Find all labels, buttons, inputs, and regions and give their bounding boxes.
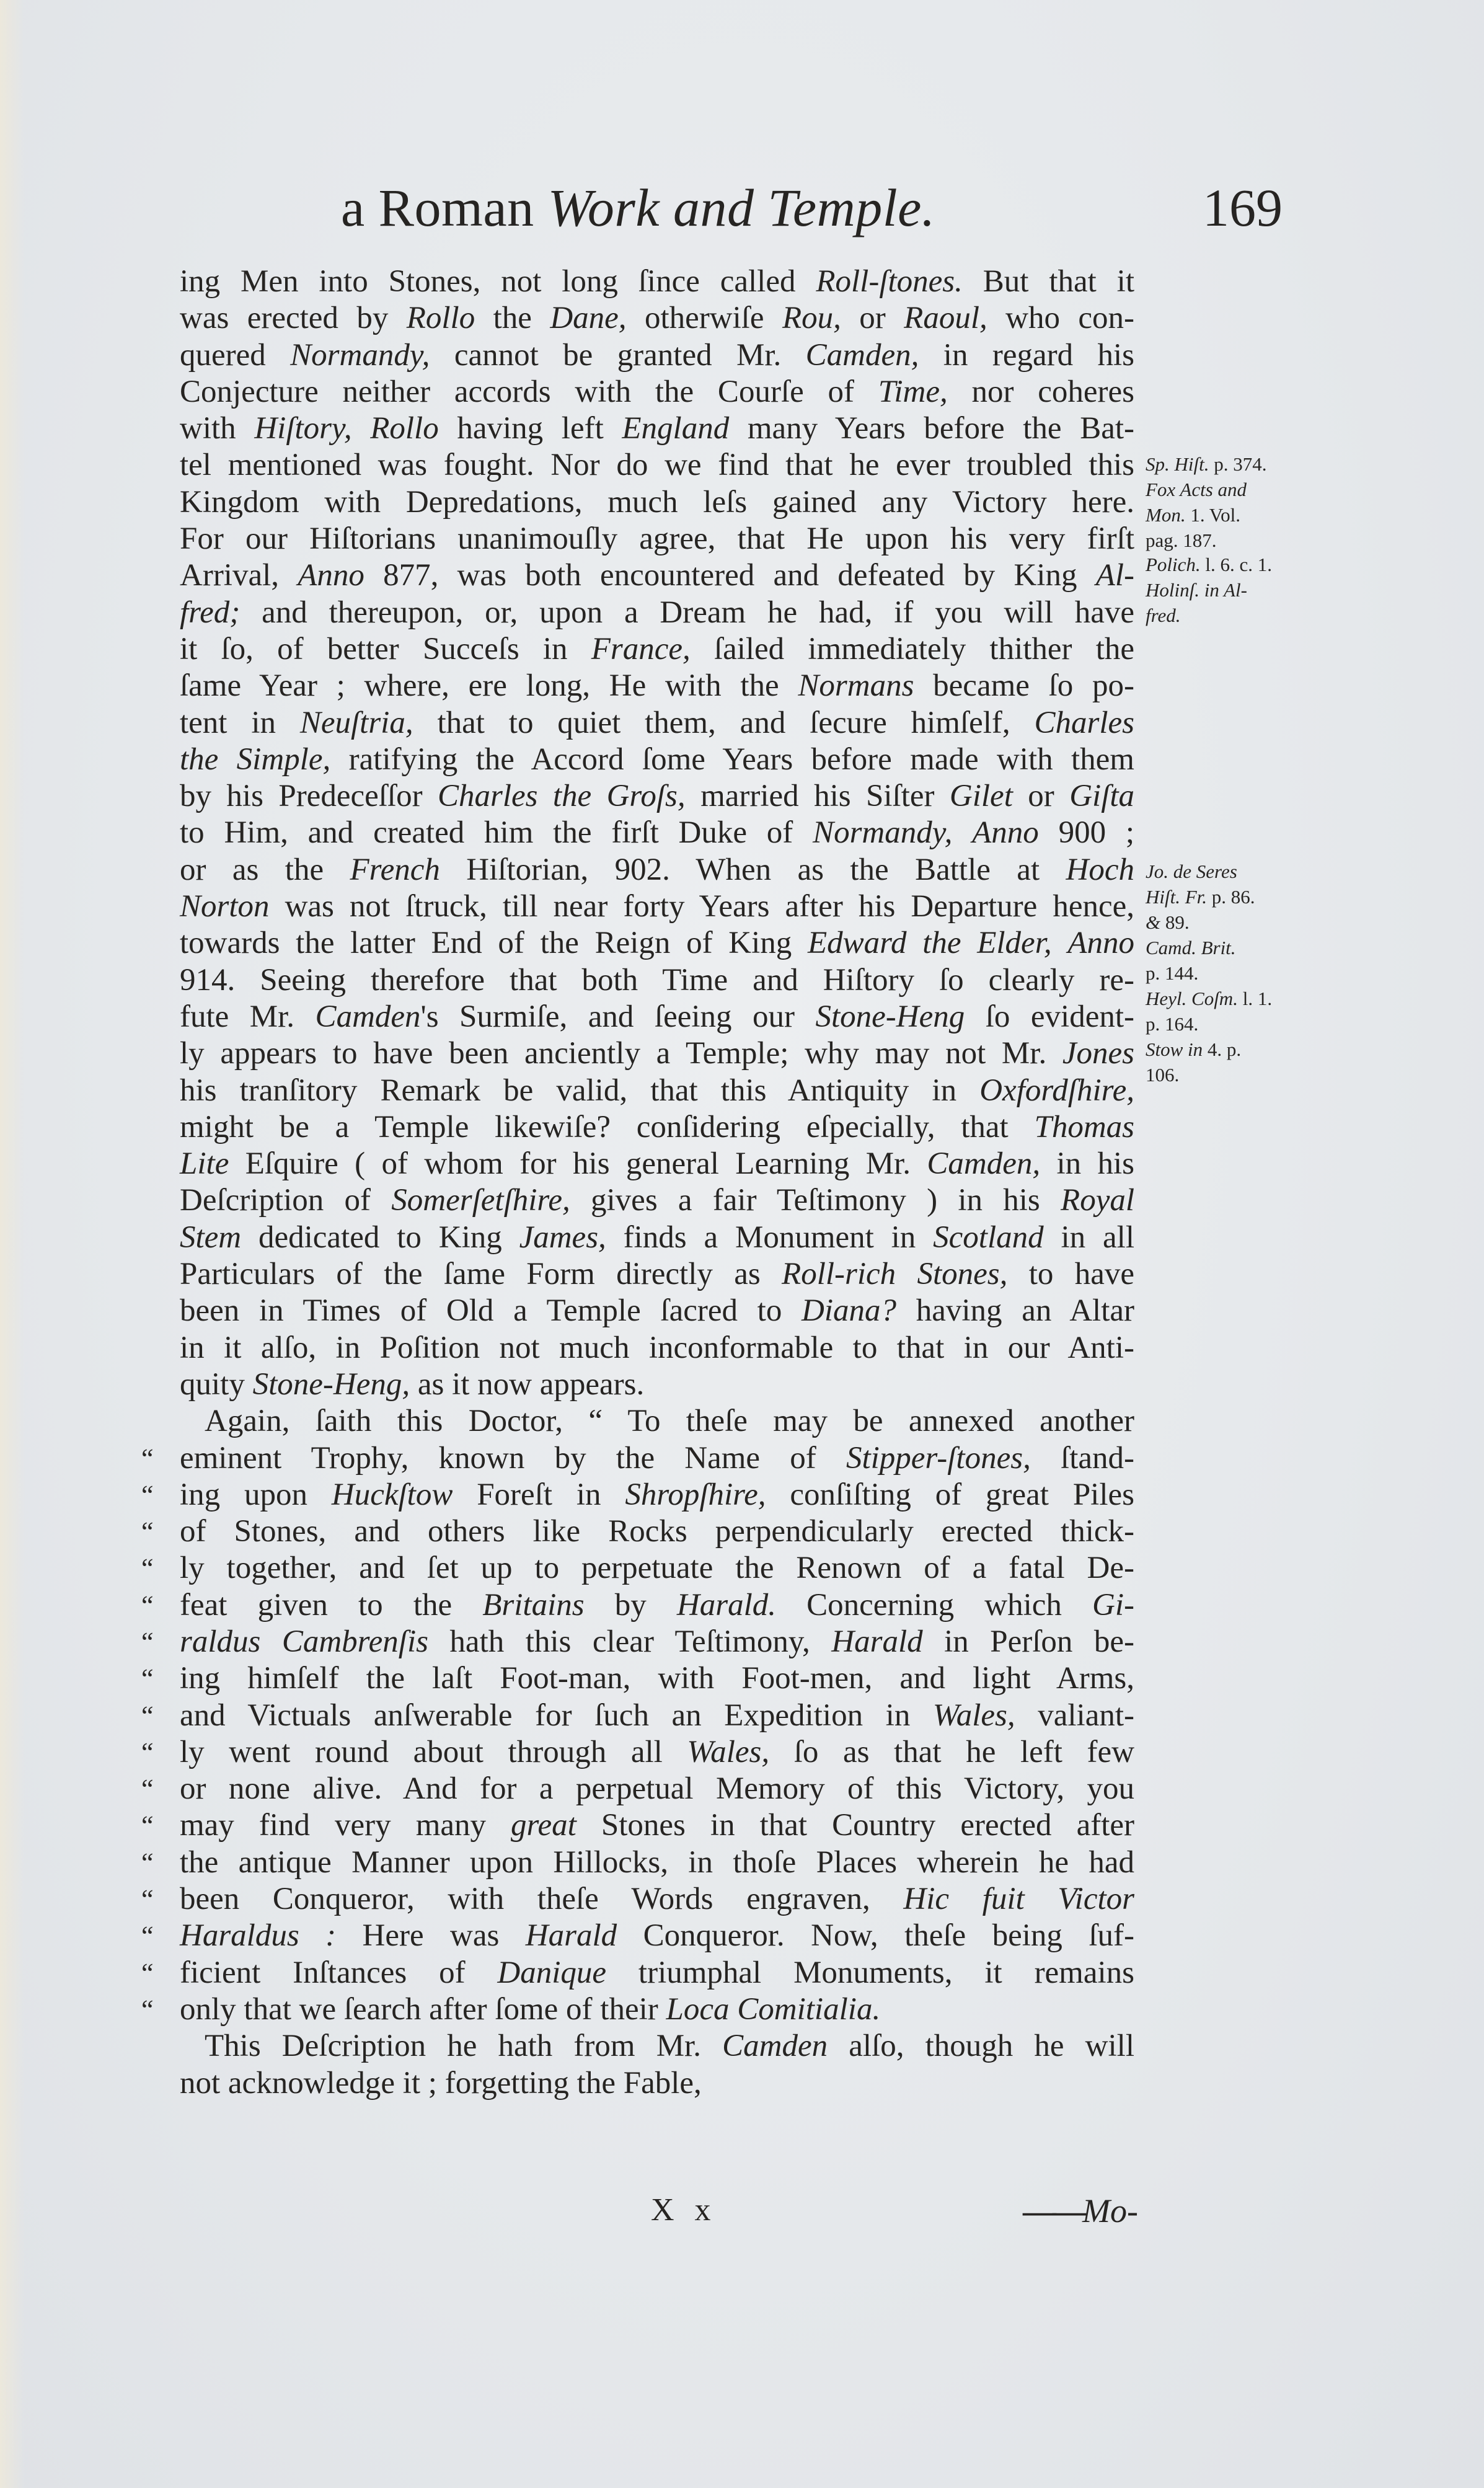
italic-text: great [511,1808,576,1843]
roman-text: Particulars of the ſame Form directly as [180,1257,782,1291]
text-line: fute Mr. Camden's Surmiſe, and ſeeing ou… [180,999,1134,1035]
catchword-text: Mo- [1082,2192,1138,2229]
text-line: tel mentioned was fought. Nor do we find… [180,447,1134,484]
roman-text: who con- [987,301,1134,335]
italic-text: Gilet [950,779,1013,813]
roman-text: dedicated to King [241,1220,519,1255]
italic-text: Normans [798,668,914,703]
margin-note-line: & 89. [1146,910,1325,935]
quotation-mark: “ [141,1660,154,1697]
roman-text: feat given to the [180,1588,482,1623]
italic-text: Raoul, [904,301,987,335]
roman-text: or [841,301,904,335]
italic-text: Polich. [1146,554,1201,575]
roman-text: 1. Vol. [1186,504,1240,526]
margin-note-line: fred. [1146,603,1325,628]
margin-note-line: Camd. Brit. [1146,935,1325,960]
italic-text: Jones [1062,1036,1134,1071]
roman-text: triumphal Monuments, it remains [606,1955,1134,1990]
text-line: the Simple, ratifying the Accord ſome Ye… [180,742,1134,778]
roman-text: 4. p. [1203,1038,1241,1060]
text-line: “eminent Trophy, known by the Name of St… [180,1440,1134,1477]
text-line: ly appears to have been anciently a Temp… [180,1035,1134,1072]
roman-text: married his Siſter [686,779,950,813]
page-number: 169 [1203,181,1283,234]
roman-text: l. 6. c. 1. [1201,554,1272,575]
italic-text: Royal [1061,1183,1134,1218]
italic-text: Rou, [782,301,841,335]
italic-text: the Simple, [180,742,330,777]
text-line: This Deſcription he hath from Mr. Camden… [180,2028,1134,2065]
italic-text: Harald [526,1918,617,1953]
signature-mark: X x [651,2192,717,2228]
italic-text: Hic fuit Victor [903,1882,1134,1916]
text-line: Norton was not ſtruck, till near forty Y… [180,888,1134,925]
text-line: “of Stones, and others like Rocks perpen… [180,1513,1134,1550]
text-line: fred; and thereupon, or, upon a Dream he… [180,595,1134,631]
italic-text: & [1146,911,1160,933]
text-line: with Hiſtory, Rollo having left England … [180,410,1134,447]
margin-note-line: Jo. de Seres [1146,859,1325,884]
catchword: ——Mo- [1023,2192,1138,2230]
roman-text: Foreſt in [453,1477,625,1512]
roman-text: may find very many [180,1808,511,1843]
roman-text: Kingdom with Depredations, much leſs gai… [180,485,1134,520]
text-line: “been Conqueror, with theſe Words engrav… [180,1881,1134,1918]
text-line: Particulars of the ſame Form directly as… [180,1256,1134,1293]
italic-text: Anno [298,558,364,593]
roman-text: by [585,1588,677,1623]
roman-text: hath this clear Teſtimony, [428,1624,831,1659]
italic-text: Hiſtory, [254,411,351,446]
roman-text: Here was [336,1918,526,1953]
text-line: “Haraldus : Here was Harald Conqueror. N… [180,1918,1134,1954]
italic-text: Lite [180,1146,229,1181]
italic-text: Rollo [407,301,475,335]
roman-text: ſame Year ; where, ere long, He with the [180,668,798,703]
quotation-mark: “ [141,1807,154,1844]
roman-text: having an Altar [896,1293,1134,1328]
roman-text: in his [1040,1146,1134,1181]
quotation-mark: “ [141,1513,154,1550]
text-line: Arrival, Anno 877, was both encountered … [180,557,1134,594]
roman-text: alſo, though he will [828,2029,1134,2063]
roman-text: finds a Monument in [606,1220,933,1255]
italic-text: Fox Acts and [1146,479,1247,500]
italic-text: raldus Cambrenſis [180,1624,428,1659]
italic-text: Stow in [1146,1038,1203,1060]
margin-note-line: Mon. 1. Vol. [1146,502,1325,528]
italic-text: Huckſtow [332,1477,453,1512]
roman-text: This Deſcription he hath from Mr. [205,2029,722,2063]
text-line: “the antique Manner upon Hillocks, in th… [180,1844,1134,1881]
body-text: ing Men into Stones, not long ſince call… [180,263,1134,2102]
italic-text: Harald. [677,1588,776,1623]
roman-text: Eſquire ( of whom for his general Learni… [229,1146,927,1181]
roman-text: quered [180,338,290,373]
text-line: Kingdom with Depredations, much leſs gai… [180,484,1134,521]
text-line: quity Stone-Heng, as it now appears. [180,1366,1134,1403]
roman-text: Conjecture neither accords with the Cour… [180,374,878,409]
text-line: Lite Eſquire ( of whom for his general L… [180,1146,1134,1182]
roman-text: p. 374. [1209,453,1266,475]
quotation-mark: “ [141,1550,154,1587]
roman-text: only that we ſearch after ſome of their [180,1992,666,2027]
text-line: “raldus Cambrenſis hath this clear Teſti… [180,1624,1134,1660]
roman-text: eminent Trophy, known by the Name of [180,1441,846,1476]
text-line: “only that we ſearch after ſome of their… [180,1991,1134,2028]
quotation-mark: “ [141,1991,154,2028]
margin-note-line: Sp. Hiſt. p. 374. [1146,451,1325,477]
quotation-mark: “ [141,1881,154,1918]
italic-text: French [350,852,440,887]
roman-text: been Conqueror, with theſe Words engrave… [180,1882,903,1916]
italic-text: Thomas [1034,1110,1134,1144]
text-line: ing Men into Stones, not long ſince call… [180,263,1134,300]
roman-text: p. 144. [1146,962,1198,984]
text-line: quered Normandy, cannot be granted Mr. C… [180,337,1134,374]
roman-text: ly went round about through all [180,1735,687,1769]
roman-text: was erected by [180,301,407,335]
quotation-mark: “ [141,1844,154,1881]
running-head: a Roman Work and Temple. [341,181,935,234]
roman-text: that to quiet them, and ſecure himſelf, [413,706,1035,740]
text-line: “ing upon Huckſtow Foreſt in Shropſhire,… [180,1477,1134,1513]
roman-text: many Years before the Bat- [729,411,1134,446]
roman-text [1052,926,1068,960]
text-line: might be a Temple likewiſe? conſidering … [180,1109,1134,1146]
italic-text: Hoch [1066,852,1134,887]
roman-text [952,815,972,850]
italic-text: Gi- [1092,1588,1134,1623]
text-line: his tranſitory Remark be valid, that thi… [180,1073,1134,1109]
roman-text: with [180,411,254,446]
roman-text: otherwiſe [627,301,782,335]
italic-text: fred; [180,595,240,630]
italic-text: Giſta [1069,779,1134,813]
roman-text: ſtand- [1031,1441,1134,1476]
roman-text: pag. 187. [1146,529,1217,551]
quotation-mark: “ [141,1955,154,1991]
roman-text: conſiſting of great Piles [766,1477,1134,1512]
roman-text: as it now appears. [410,1367,644,1402]
roman-text: ſailed immediately thither the [691,632,1134,666]
italic-text: Stone-Heng [816,999,965,1034]
roman-text: of Stones, and others like Rocks perpend… [180,1514,1134,1549]
italic-text: Norton [180,889,270,924]
catchword-rule: —— [1023,2192,1082,2229]
roman-text: 877, was both encountered and defeated b… [364,558,1096,593]
text-line: “or none alive. And for a perpetual Memo… [180,1771,1134,1807]
text-line: been in Times of Old a Temple ſacred to … [180,1293,1134,1329]
roman-text: cannot be granted Mr. [430,338,805,373]
italic-text: Camden [722,2029,828,2063]
italic-text: Camden [316,999,421,1034]
text-line: Again, ſaith this Doctor, “ To theſe may… [180,1403,1134,1440]
italic-text: Camden, [927,1146,1040,1181]
roman-text: gives a fair Teſtimony ) in his [570,1183,1061,1218]
margin-note-line: Heyl. Coſm. l. 1. [1146,986,1325,1011]
roman-text: his tranſitory Remark be valid, that thi… [180,1073,979,1108]
roman-text: by his Predeceſſor [180,779,438,813]
text-line: Deſcription of Somerſetſhire, gives a fa… [180,1182,1134,1219]
margin-note-line: Fox Acts and [1146,477,1325,502]
text-line: “ly together, and ſet up to perpetuate t… [180,1550,1134,1587]
quotation-mark: “ [141,1771,154,1807]
text-line: Conjecture neither accords with the Cour… [180,374,1134,410]
roman-text: was not ſtruck, till near forty Years af… [270,889,1134,924]
running-head-italic: Work and Temple. [548,178,935,237]
italic-text: Somerſetſhire, [391,1183,570,1218]
italic-text: Shropſhire, [625,1477,766,1512]
roman-text: ly together, and ſet up to perpetuate th… [180,1551,1134,1585]
roman-text: 106. [1146,1064,1179,1086]
text-line: was erected by Rollo the Dane, otherwiſe… [180,300,1134,337]
text-line: ſame Year ; where, ere long, He with the… [180,668,1134,704]
roman-text: it ſo, of better Succeſs in [180,632,591,666]
roman-text: in regard his [919,338,1134,373]
italic-text: Stipper-ſtones, [846,1441,1031,1476]
text-line: not acknowledge it ; forgetting the Fabl… [180,2065,1134,2102]
italic-text: fred. [1146,604,1181,626]
roman-text: might be a Temple likewiſe? conſidering … [180,1110,1034,1144]
roman-text: p. 164. [1146,1013,1198,1035]
margin-note-line: 106. [1146,1062,1325,1087]
margin-note: Sp. Hiſt. p. 374.Fox Acts andMon. 1. Vol… [1146,451,1325,553]
italic-text: Anno [1067,926,1134,960]
page-edge-shadow [0,0,25,2488]
quotation-mark: “ [141,1918,154,1954]
italic-text: Charles the Groſs, [438,779,686,813]
text-line: by his Predeceſſor Charles the Groſs, ma… [180,778,1134,815]
italic-text: Anno [972,815,1039,850]
text-line: “ly went round about through all Wales, … [180,1734,1134,1771]
text-line: to Him, and created him the firſt Duke o… [180,815,1134,851]
roman-text: not acknowledge it ; forgetting the Fabl… [180,2066,702,2101]
text-line: 914. Seeing therefore that both Time and… [180,962,1134,999]
roman-text: ratifying the Accord ſome Years before m… [330,742,1134,777]
roman-text: became ſo po- [914,668,1134,703]
italic-text: Charles [1034,706,1134,740]
italic-text: Roll-rich Stones, [782,1257,1007,1291]
italic-text: Holinſ. in Al- [1146,579,1247,601]
italic-text: Dane, [550,301,626,335]
roman-text: quity [180,1367,253,1402]
roman-text: towards the latter End of the Reign of K… [180,926,808,960]
margin-note-line: pag. 187. [1146,528,1325,553]
italic-text: Wales, [687,1735,769,1769]
roman-text: 89. [1160,911,1190,933]
margin-note: Polich. l. 6. c. 1.Holinſ. in Al-fred. [1146,552,1325,628]
roman-text: tent in [180,706,300,740]
roman-text: ing himſelf the laſt Foot-man, with Foot… [180,1661,1134,1696]
margin-note-line: Hiſt. Fr. p. 86. [1146,884,1325,910]
roman-text: ſo evident- [965,999,1134,1034]
roman-text: For our Hiſtorians unanimouſly agree, th… [180,521,1134,556]
italic-text: Heyl. Coſm. [1146,988,1238,1009]
roman-text: tel mentioned was fought. Nor do we find… [180,448,1134,482]
italic-text: France, [591,632,691,666]
roman-text: the [475,301,550,335]
roman-text: fute Mr. [180,999,316,1034]
text-line: tent in Neuſtria, that to quiet them, an… [180,705,1134,742]
roman-text: nor coheres [948,374,1134,409]
roman-text: ing Men into Stones, not long ſince call… [180,264,816,299]
margin-note: Jo. de SeresHiſt. Fr. p. 86.& 89.Camd. B… [1146,859,1325,1087]
roman-text: Conqueror. Now, theſe being ſuf- [617,1918,1134,1953]
text-line: in it alſo, in Poſition not much inconfo… [180,1330,1134,1366]
italic-text: Al- [1096,558,1134,593]
italic-text: Loca Comitialia. [666,1992,881,2027]
italic-text: Diana? [802,1293,896,1328]
roman-text: But that it [963,264,1134,299]
italic-text: Jo. de Seres [1146,861,1237,882]
roman-text: been in Times of Old a Temple ſacred to [180,1293,802,1328]
roman-text: Hiſtorian, 902. When as the Battle at [440,852,1066,887]
italic-text: Sp. Hiſt. [1146,453,1209,475]
roman-text: or as the [180,852,350,887]
roman-text: ing upon [180,1477,332,1512]
text-line: “and Victuals anſwerable for ſuch an Exp… [180,1698,1134,1734]
roman-text: 900 ; [1039,815,1134,850]
roman-text: 's Surmiſe, and ſeeing our [421,999,816,1034]
roman-text: or none alive. And for a perpetual Memor… [180,1771,1134,1806]
roman-text: to Him, and created him the firſt Duke o… [180,815,813,850]
italic-text: Scotland [933,1220,1043,1255]
italic-text: Danique [497,1955,606,1990]
roman-text: Deſcription of [180,1183,391,1218]
quotation-mark: “ [141,1624,154,1660]
text-line: “ing himſelf the laſt Foot-man, with Foo… [180,1660,1134,1697]
roman-text: valiant- [1015,1698,1134,1733]
roman-text: Concerning which [776,1588,1092,1623]
italic-text: Camd. Brit. [1146,937,1236,958]
roman-text: in it alſo, in Poſition not much inconfo… [180,1330,1134,1365]
italic-text: Harald [831,1624,922,1659]
italic-text: Haraldus : [180,1918,336,1953]
roman-text: in all [1044,1220,1134,1255]
text-line: “ficient Inſtances of Danique triumphal … [180,1955,1134,1991]
text-line: Stem dedicated to King James, finds a Mo… [180,1220,1134,1256]
roman-text: l. 1. [1238,988,1272,1009]
italic-text: Time, [878,374,948,409]
roman-text: ſo as that he left few [769,1735,1134,1769]
margin-note-line: Holinſ. in Al- [1146,577,1325,603]
italic-text: Stem [180,1220,241,1255]
roman-text: Arrival, [180,558,298,593]
roman-text: Stones in that Country erected after [576,1808,1134,1843]
roman-text: p. 86. [1207,886,1255,908]
text-line: “feat given to the Britains by Harald. C… [180,1587,1134,1624]
text-line: For our Hiſtorians unanimouſly agree, th… [180,521,1134,557]
roman-text: to have [1007,1257,1134,1291]
text-line: “may find very many great Stones in that… [180,1807,1134,1844]
margin-note-line: p. 164. [1146,1011,1325,1037]
roman-text: in Perſon be- [923,1624,1134,1659]
margin-note-line: Stow in 4. p. [1146,1037,1325,1062]
roman-text: ly appears to have been anciently a Temp… [180,1036,1062,1071]
italic-text: Wales, [933,1698,1015,1733]
italic-text: Normandy, [813,815,952,850]
quotation-mark: “ [141,1440,154,1477]
italic-text: Hiſt. Fr. [1146,886,1207,908]
roman-text: or [1013,779,1069,813]
text-line: or as the French Hiſtorian, 902. When as… [180,852,1134,888]
roman-text [352,411,371,446]
italic-text: Camden, [806,338,919,373]
quotation-mark: “ [141,1734,154,1771]
roman-text: 914. Seeing therefore that both Time and… [180,963,1134,998]
italic-text: England [622,411,729,446]
italic-text: Roll-ſtones. [816,264,963,299]
quotation-mark: “ [141,1587,154,1624]
roman-text: Again, ſaith this Doctor, “ To theſe may… [205,1404,1134,1438]
italic-text: Neuſtria, [300,706,413,740]
italic-text: Edward the Elder, [808,926,1052,960]
italic-text: Normandy, [290,338,430,373]
quotation-mark: “ [141,1477,154,1513]
text-line: towards the latter End of the Reign of K… [180,925,1134,962]
roman-text: the antique Manner upon Hillocks, in tho… [180,1845,1134,1880]
roman-text: having left [439,411,622,446]
running-head-roman: a Roman [341,178,548,237]
roman-text: and thereupon, or, upon a Dream he had, … [240,595,1134,630]
italic-text: Mon. [1146,504,1186,526]
roman-text: ficient Inſtances of [180,1955,497,1990]
quotation-mark: “ [141,1698,154,1734]
italic-text: Stone-Heng, [253,1367,410,1402]
italic-text: Britains [482,1588,584,1623]
italic-text: Oxfordſhire, [979,1073,1134,1108]
margin-note-line: p. 144. [1146,960,1325,986]
text-line: it ſo, of better Succeſs in France, ſail… [180,631,1134,668]
roman-text: and Victuals anſwerable for ſuch an Expe… [180,1698,933,1733]
italic-text: Rollo [370,411,439,446]
margin-note-line: Polich. l. 6. c. 1. [1146,552,1325,577]
italic-text: James, [519,1220,606,1255]
